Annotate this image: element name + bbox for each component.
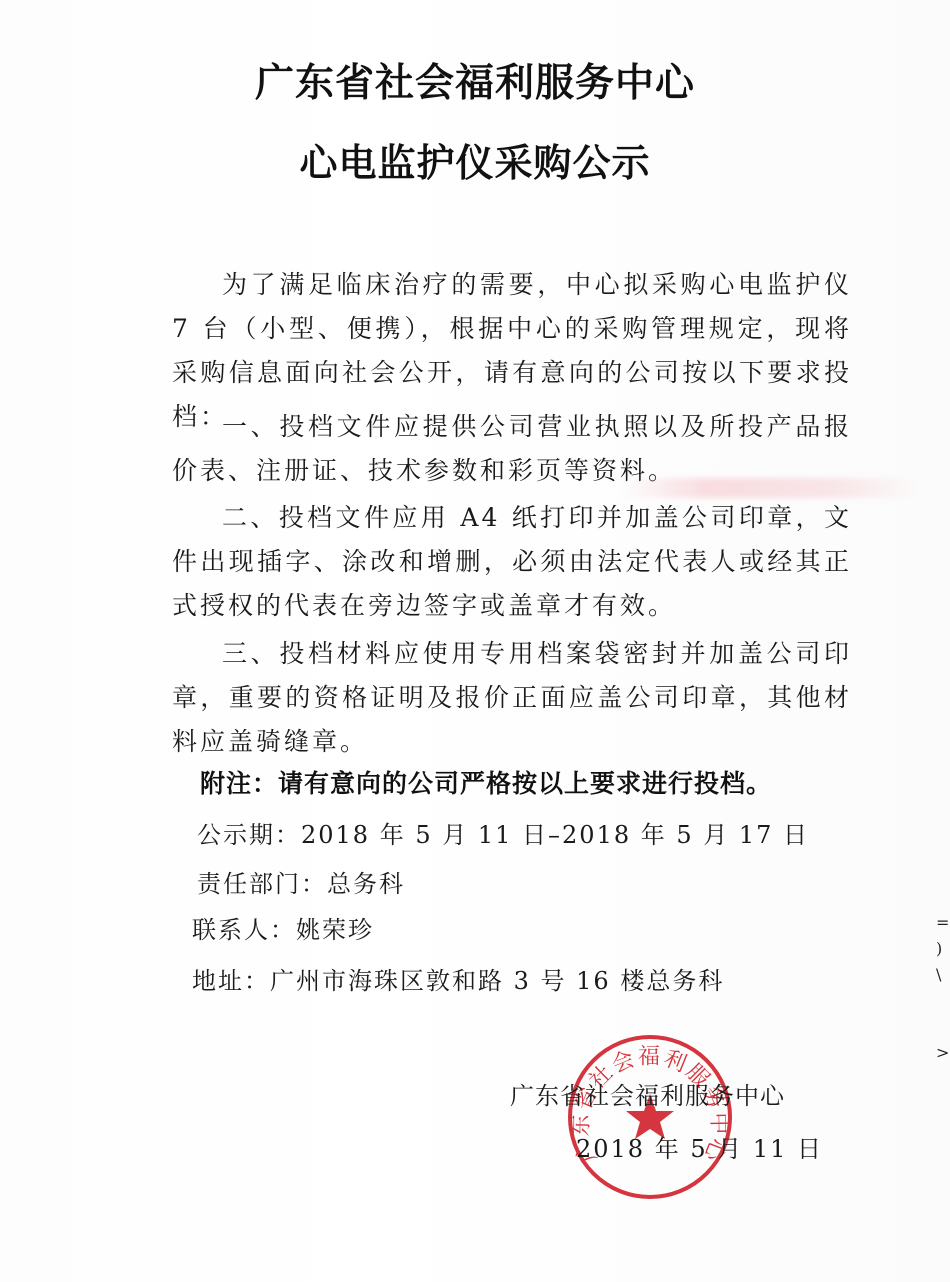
signature-organization: 广东省社会福利服务中心 (510, 1076, 785, 1111)
document-page: 广东省社会福利服务中心 心电监护仪采购公示 为了满足临床治疗的需要，中心拟采购心… (0, 0, 950, 1282)
signature-date: 2018 年 5 月 11 日 (576, 1129, 823, 1164)
page-edge-marks: =)\> (936, 910, 950, 1070)
requirement-2: 二、投档文件应用 A4 纸打印并加盖公司印章，文件出现插字、涂改和增删，必须由法… (172, 496, 852, 628)
publicity-period: 公示期：2018 年 5 月 11 日–2018 年 5 月 17 日 (197, 815, 809, 850)
ink-bleed-mark (620, 478, 920, 498)
note-text: 附注：请有意向的公司严格按以上要求进行投档。 (200, 764, 772, 800)
contact-person: 联系人：姚荣珍 (192, 910, 374, 945)
official-seal: 广东省社会福利服务中心 (565, 1032, 735, 1202)
responsible-department: 责任部门：总务科 (197, 864, 405, 899)
document-title-subject: 心电监护仪采购公示 (0, 132, 950, 187)
requirement-3: 三、投档材料应使用专用档案袋密封并加盖公司印章，重要的资格证明及报价正面应盖公司… (172, 632, 852, 764)
address: 地址：广州市海珠区敦和路 3 号 16 楼总务科 (192, 961, 724, 996)
document-title-org: 广东省社会福利服务中心 (0, 52, 950, 108)
